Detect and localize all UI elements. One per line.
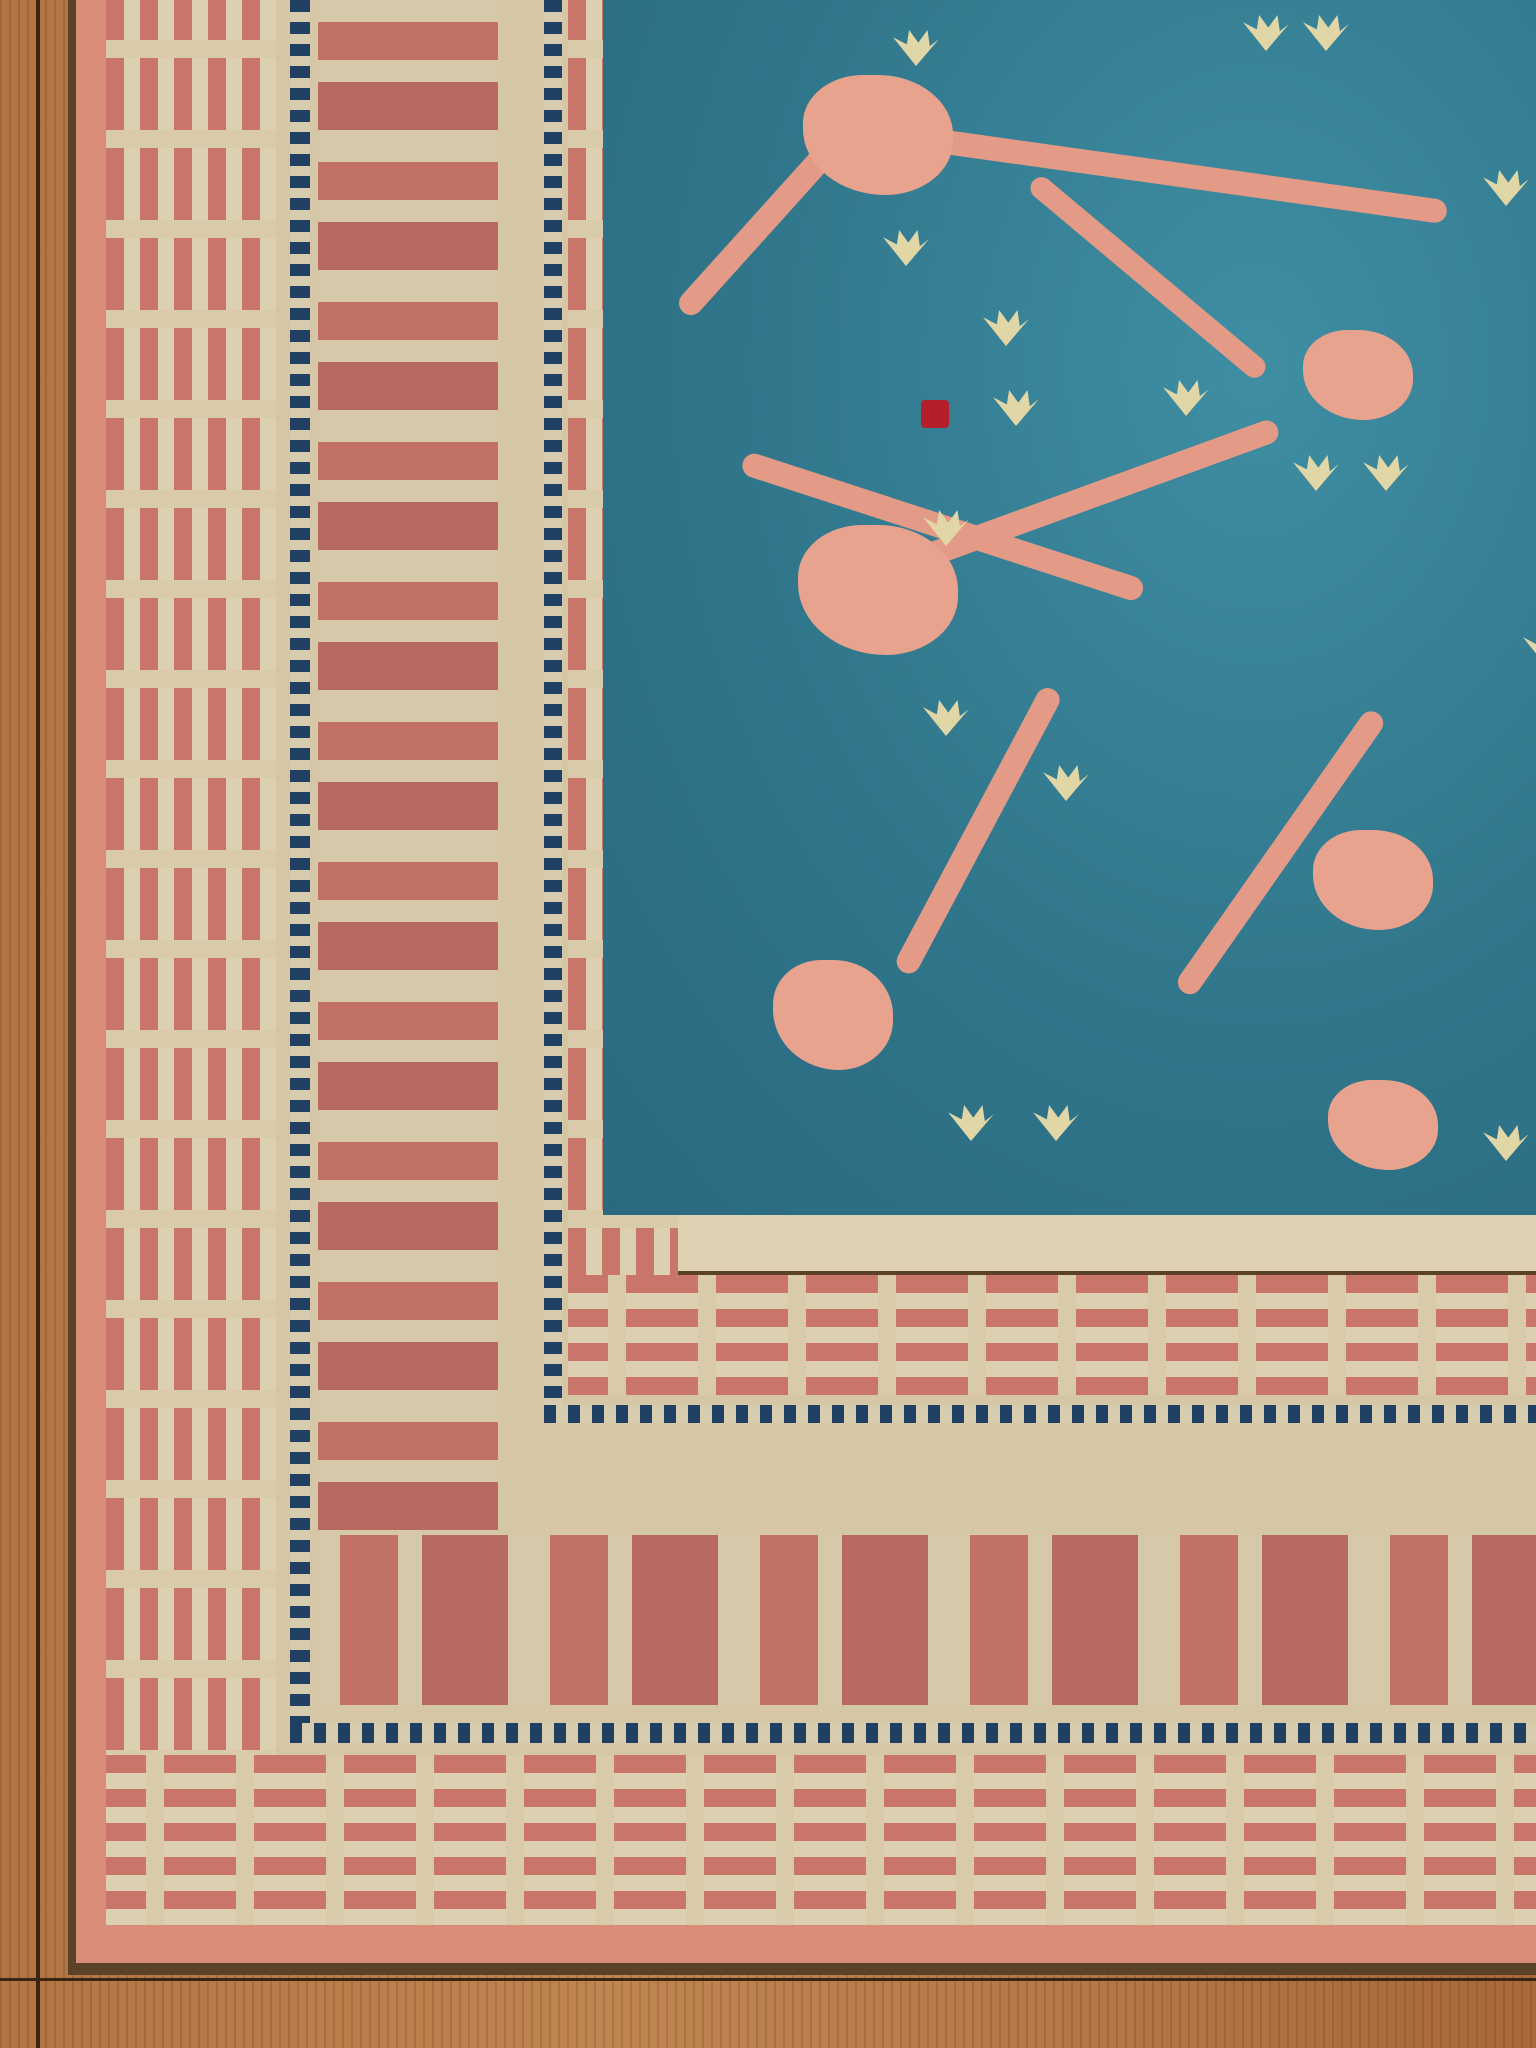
blossom [798, 525, 958, 655]
dotted-stripe-bottom [290, 1723, 1536, 1743]
inner-key-band-bottom [568, 1275, 1536, 1395]
fret-border-bottom [318, 1535, 1536, 1705]
leaf [983, 310, 1029, 346]
leaf [923, 700, 969, 736]
dotted-stripe-inner-bottom [544, 1405, 1536, 1423]
floor-seam [36, 0, 40, 2048]
leaf [1303, 15, 1349, 51]
leaf [1243, 15, 1289, 51]
blossom [1303, 330, 1413, 420]
field [603, 0, 1536, 1215]
leaf [1293, 455, 1339, 491]
blossom [1328, 1080, 1438, 1170]
leaf [993, 390, 1039, 426]
outer-key-border-bottom [106, 1755, 1536, 1925]
leaf [1483, 170, 1529, 206]
dotted-stripe-left [290, 0, 310, 1725]
branch [892, 684, 1063, 978]
dotted-stripe-inner-left [544, 0, 562, 1405]
rug [68, 0, 1536, 1975]
blossom [1313, 830, 1433, 930]
leaf [1363, 455, 1409, 491]
leaf [1523, 630, 1536, 666]
red-accent [921, 400, 949, 428]
leaf [1483, 1125, 1529, 1161]
leaf [1043, 765, 1089, 801]
branch [1026, 173, 1270, 383]
blossom [803, 75, 953, 195]
leaf [948, 1105, 994, 1141]
leaf [1033, 1105, 1079, 1141]
leaf [1163, 380, 1209, 416]
leaf [893, 30, 939, 66]
outer-key-border-left [106, 0, 276, 1925]
fret-border-left [318, 0, 498, 1705]
blossom [773, 960, 893, 1070]
floor-seam [0, 1978, 1536, 1981]
leaf [883, 230, 929, 266]
